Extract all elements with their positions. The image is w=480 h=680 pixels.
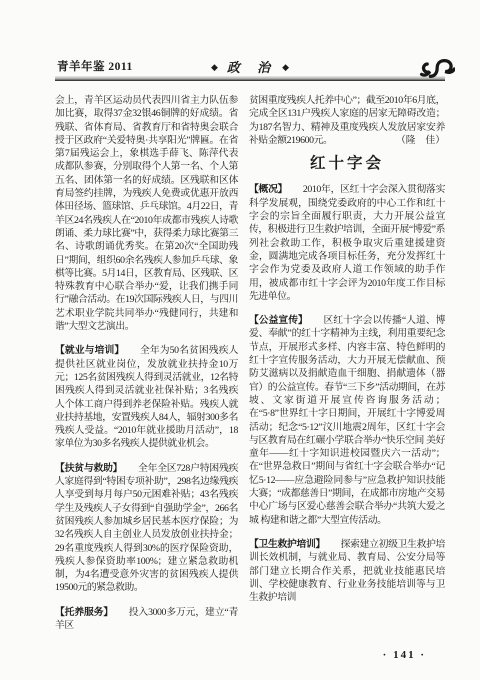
chapter-title: 政 治	[227, 61, 277, 74]
page-number: · 141 ·	[383, 649, 426, 661]
section-paragraph-overview: 【概况】2010年，区红十字会深入贯彻落实科学发展观，围绕党委政府的中心工作和红…	[249, 183, 445, 303]
section-label: 【卫生救护培训】	[249, 539, 325, 550]
left-column: 会上，青羊区运动员代表四川省主力队伍参加比赛，取得37金32银46铜牌的好成绩。…	[55, 94, 238, 643]
section-paragraph-public-welfare: 【公益宣传】区红十字会以传播“人道、博爱、奉献”的红十字精神为主线，利用重要纪念…	[249, 314, 445, 527]
diamond-icon: ◆	[282, 63, 289, 72]
section-text: 全年全区728户特困残疾人家庭得到“特困专项补助”，298名边缘残疾人享受到每月…	[55, 463, 238, 594]
section-label: 【概况】	[249, 184, 287, 195]
section-paragraph-care-services: 【托养服务】投入3000多万元，建立“青羊区	[55, 606, 238, 633]
section-paragraph-poverty-relief: 【扶贫与救助】全年全区728户特困残疾人家庭得到“特困专项补助”，298名边缘残…	[55, 462, 238, 595]
section-label: 【托养服务】	[55, 607, 113, 618]
running-head: 青羊年鉴 2011 ◆ 政 治 ◆	[55, 57, 445, 74]
section-text: 区红十字会以传播“人道、博爱、奉献”的红十字精神为主线，利用重要纪念节点，开展形…	[249, 315, 445, 525]
page-body: 会上，青羊区运动员代表四川省主力队伍参加比赛，取得37金32银46铜牌的好成绩。…	[55, 94, 445, 643]
right-column: 贫困重度残疾人托养中心”；截至2010年6月底，完成全区131户残疾人家庭的居家…	[249, 94, 445, 643]
calligraphy-flourish-icon	[419, 53, 455, 85]
section-label: 【公益宣传】	[249, 315, 308, 326]
continuation-paragraph: 会上，青羊区运动员代表四川省主力队伍参加比赛，取得37金32银46铜牌的好成绩。…	[55, 94, 238, 333]
section-paragraph-employment-training: 【就业与培训】全年为50名贫困残疾人提供社区就业岗位，发放就业扶持金10万元；1…	[55, 344, 238, 450]
section-text: 2010年，区红十字会深入贯彻落实科学发展观，围绕党委政府的中心工作和红十字会的…	[249, 184, 445, 301]
yearbook-page: 青羊年鉴 2011 ◆ 政 治 ◆ 会上，青羊区运动员代表四川省主力队伍参加比赛…	[55, 57, 445, 643]
section-label: 【扶贫与救助】	[55, 463, 122, 474]
section-label: 【就业与培训】	[55, 345, 124, 356]
article-title: 红十字会	[249, 157, 445, 170]
chapter-banner: ◆ 政 治 ◆	[211, 61, 289, 74]
section-text: 全年为50名贫困残疾人提供社区就业岗位，发放就业扶持金10万元；125名贫困残疾…	[55, 345, 238, 449]
header-rule	[55, 76, 445, 81]
section-paragraph-first-aid-training: 【卫生救护培训】探索建立初级卫生救护培训长效机制，与就业局、教育局、公安分局等部…	[249, 538, 445, 604]
diamond-icon: ◆	[211, 63, 218, 72]
yearbook-title: 青羊年鉴 2011	[57, 58, 133, 74]
